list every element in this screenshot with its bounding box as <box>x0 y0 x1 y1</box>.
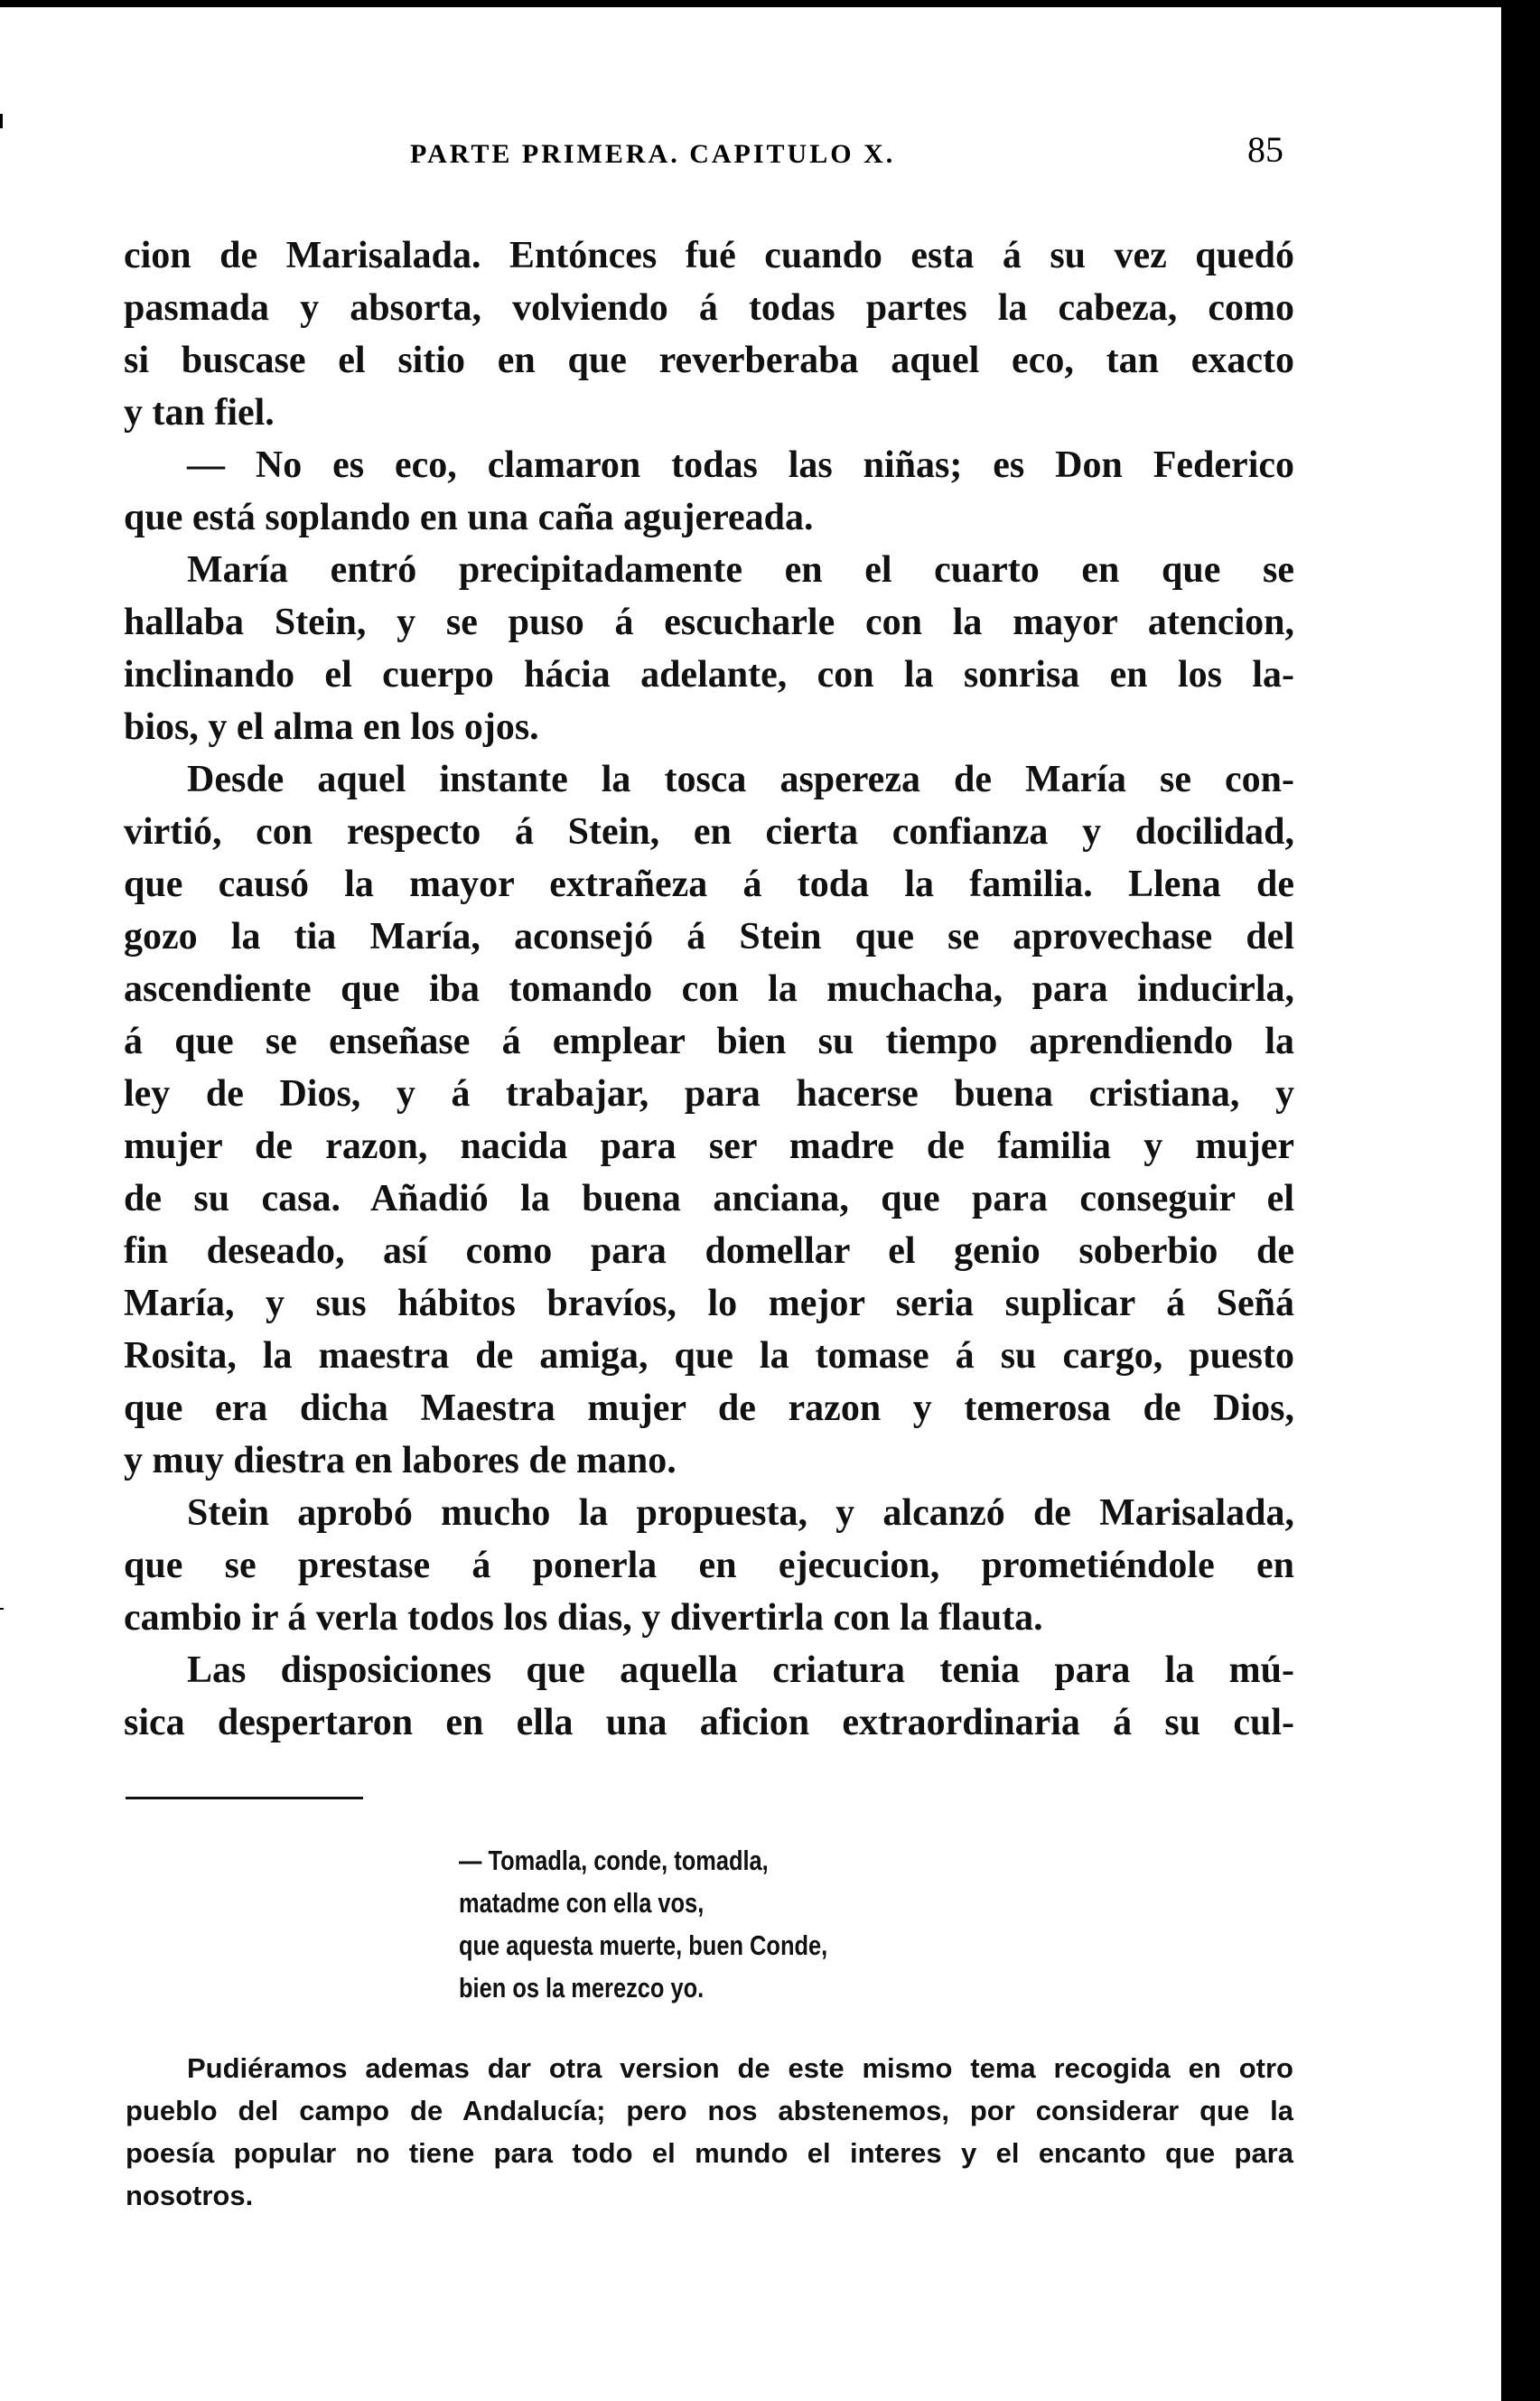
scan-mark <box>0 114 3 128</box>
text-line: que causó la mayor extrañeza á toda la f… <box>124 858 1294 911</box>
footnote-line: nosotros. <box>126 2174 1293 2217</box>
verse-line: que aquesta muerte, buen Conde, <box>459 1924 827 1967</box>
text-line: que era dicha Maestra mujer de razon y t… <box>124 1382 1294 1434</box>
footnote-line: poesía popular no tiene para todo el mun… <box>126 2132 1293 2174</box>
footnote-verse: — Tomadla, conde, tomadla, matadme con e… <box>459 1839 827 2009</box>
text-line: á que se enseñase á emplear bien su tiem… <box>124 1015 1294 1068</box>
running-header: PARTE PRIMERA. CAPITULO X. <box>410 139 895 170</box>
footnote-line: Pudiéramos ademas dar otra version de es… <box>126 2047 1293 2089</box>
text-line: virtió, con respecto á Stein, en cierta … <box>124 806 1294 858</box>
verse-line: — Tomadla, conde, tomadla, <box>459 1839 827 1882</box>
verse-line: bien os la merezco yo. <box>459 1967 827 2009</box>
scan-mark <box>0 1608 4 1610</box>
text-line: María entró precipitadamente en el cuart… <box>124 544 1294 596</box>
text-line: inclinando el cuerpo hácia adelante, con… <box>124 649 1294 701</box>
text-line: que está soplando en una caña agujereada… <box>124 491 1294 544</box>
text-line: Las disposiciones que aquella criatura t… <box>124 1644 1294 1696</box>
text-line: Stein aprobó mucho la propuesta, y alcan… <box>124 1487 1294 1539</box>
text-line: Desde aquel instante la tosca aspereza d… <box>124 753 1294 806</box>
text-line: cambio ir á verla todos los dias, y dive… <box>124 1592 1294 1644</box>
text-line: hallaba Stein, y se puso á escucharle co… <box>124 596 1294 649</box>
text-line: María, y sus hábitos bravíos, lo mejor s… <box>124 1277 1294 1330</box>
text-line: ascendiente que iba tomando con la mucha… <box>124 963 1294 1015</box>
text-line: sica despertaron en ella una aficion ext… <box>124 1696 1294 1749</box>
text-line: cion de Marisalada. Entónces fué cuando … <box>124 229 1294 282</box>
book-page: PARTE PRIMERA. CAPITULO X. 85 cion de Ma… <box>0 7 1501 2401</box>
text-line: pasmada y absorta, volviendo á todas par… <box>124 282 1294 334</box>
text-line: de su casa. Añadió la buena anciana, que… <box>124 1172 1294 1225</box>
footnote-text: Pudiéramos ademas dar otra version de es… <box>126 2047 1293 2217</box>
text-line: gozo la tia María, aconsejó á Stein que … <box>124 911 1294 963</box>
text-line: mujer de razon, nacida para ser madre de… <box>124 1120 1294 1172</box>
text-line: que se prestase á ponerla en ejecucion, … <box>124 1539 1294 1592</box>
footnote-rule <box>126 1797 363 1799</box>
text-line: fin deseado, así como para domellar el g… <box>124 1225 1294 1277</box>
page-number: 85 <box>1247 128 1283 171</box>
text-line: y muy diestra en labores de mano. <box>124 1434 1294 1487</box>
verse-line: matadme con ella vos, <box>459 1882 827 1924</box>
main-text: cion de Marisalada. Entónces fué cuando … <box>124 229 1294 1749</box>
footnote-line: pueblo del campo de Andalucía; pero nos … <box>126 2089 1293 2132</box>
text-line: ley de Dios, y á trabajar, para hacerse … <box>124 1068 1294 1120</box>
text-line: y tan fiel. <box>124 387 1294 439</box>
text-line: — No es eco, clamaron todas las niñas; e… <box>124 439 1294 491</box>
text-line: si buscase el sitio en que reverberaba a… <box>124 334 1294 387</box>
text-line: bios, y el alma en los ojos. <box>124 701 1294 753</box>
text-line: Rosita, la maestra de amiga, que la toma… <box>124 1330 1294 1382</box>
